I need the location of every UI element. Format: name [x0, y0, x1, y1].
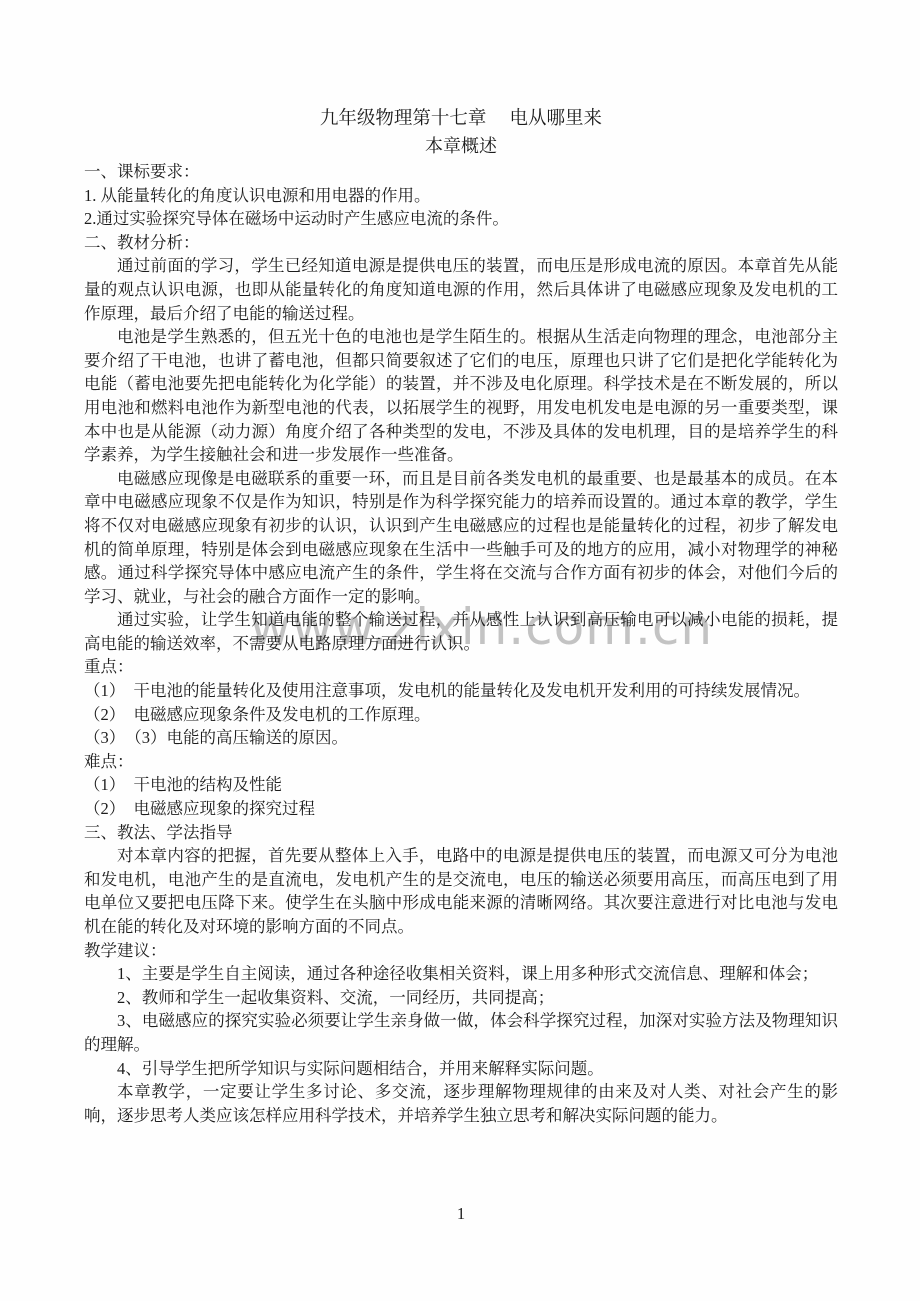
section-heading-material-analysis: 二、教材分析：	[84, 231, 838, 255]
suggestion-item: 2、教师和学生一起收集资料、交流，一同经历，共同提高；	[84, 986, 838, 1010]
difficult-point-item: （2） 电磁感应现象的探究过程	[84, 797, 838, 821]
document-subtitle: 本章概述	[84, 133, 838, 160]
document-title: 九年级物理第十七章 电从哪里来	[84, 106, 838, 133]
paragraph: 电磁感应现像是电磁联系的重要一环，而且是目前各类发电机的最重要、也是最基本的成员…	[84, 467, 838, 609]
document-page: www.zixin.com.cn 九年级物理第十七章 电从哪里来 本章概述 一、…	[0, 0, 920, 1301]
course-standard-item: 1. 从能量转化的角度认识电源和用电器的作用。	[84, 184, 838, 208]
label-difficult-points: 难点：	[84, 750, 838, 774]
document-content: 九年级物理第十七章 电从哪里来 本章概述 一、课标要求： 1. 从能量转化的角度…	[84, 106, 838, 1127]
course-standard-item: 2.通过实验探究导体在磁场中运动时产生感应电流的条件。	[84, 207, 838, 231]
paragraph: 通过实验，让学生知道电能的整个输送过程，并从感性上认识到高压输电可以减小电能的损…	[84, 608, 838, 655]
paragraph: 本章教学，一定要让学生多讨论、多交流，逐步理解物理规律的由来及对人类、对社会产生…	[84, 1080, 838, 1127]
key-point-item: （2） 电磁感应现象条件及发电机的工作原理。	[84, 703, 838, 727]
label-teaching-suggestions: 教学建议：	[84, 939, 838, 963]
key-point-item: （1） 干电池的能量转化及使用注意事项，发电机的能量转化及发电机开发利用的可持续…	[84, 679, 838, 703]
difficult-point-item: （1） 干电池的结构及性能	[84, 773, 838, 797]
paragraph: 对本章内容的把握，首先要从整体上入手，电路中的电源是提供电压的装置，而电源又可分…	[84, 844, 838, 938]
suggestion-item: 1、主要是学生自主阅读，通过各种途径收集相关资料，课上用多种形式交流信息、理解和…	[84, 962, 838, 986]
paragraph: 通过前面的学习，学生已经知道电源是提供电压的装置，而电压是形成电流的原因。本章首…	[84, 254, 838, 325]
page-number: 1	[84, 1204, 838, 1224]
key-point-item: （3） （3）电能的高压输送的原因。	[84, 726, 838, 750]
section-heading-course-standards: 一、课标要求：	[84, 160, 838, 184]
suggestion-item: 3、电磁感应的探究实验必须要让学生亲身做一做，体会科学探究过程，加深对实验方法及…	[84, 1009, 838, 1056]
label-key-points: 重点：	[84, 655, 838, 679]
suggestion-item: 4、引导学生把所学知识与实际问题相结合，并用来解释实际问题。	[84, 1057, 838, 1081]
section-heading-teaching-guidance: 三、教法、学法指导	[84, 821, 838, 845]
paragraph: 电池是学生熟悉的，但五光十色的电池也是学生陌生的。根据从生活走向物理的理念，电池…	[84, 325, 838, 467]
